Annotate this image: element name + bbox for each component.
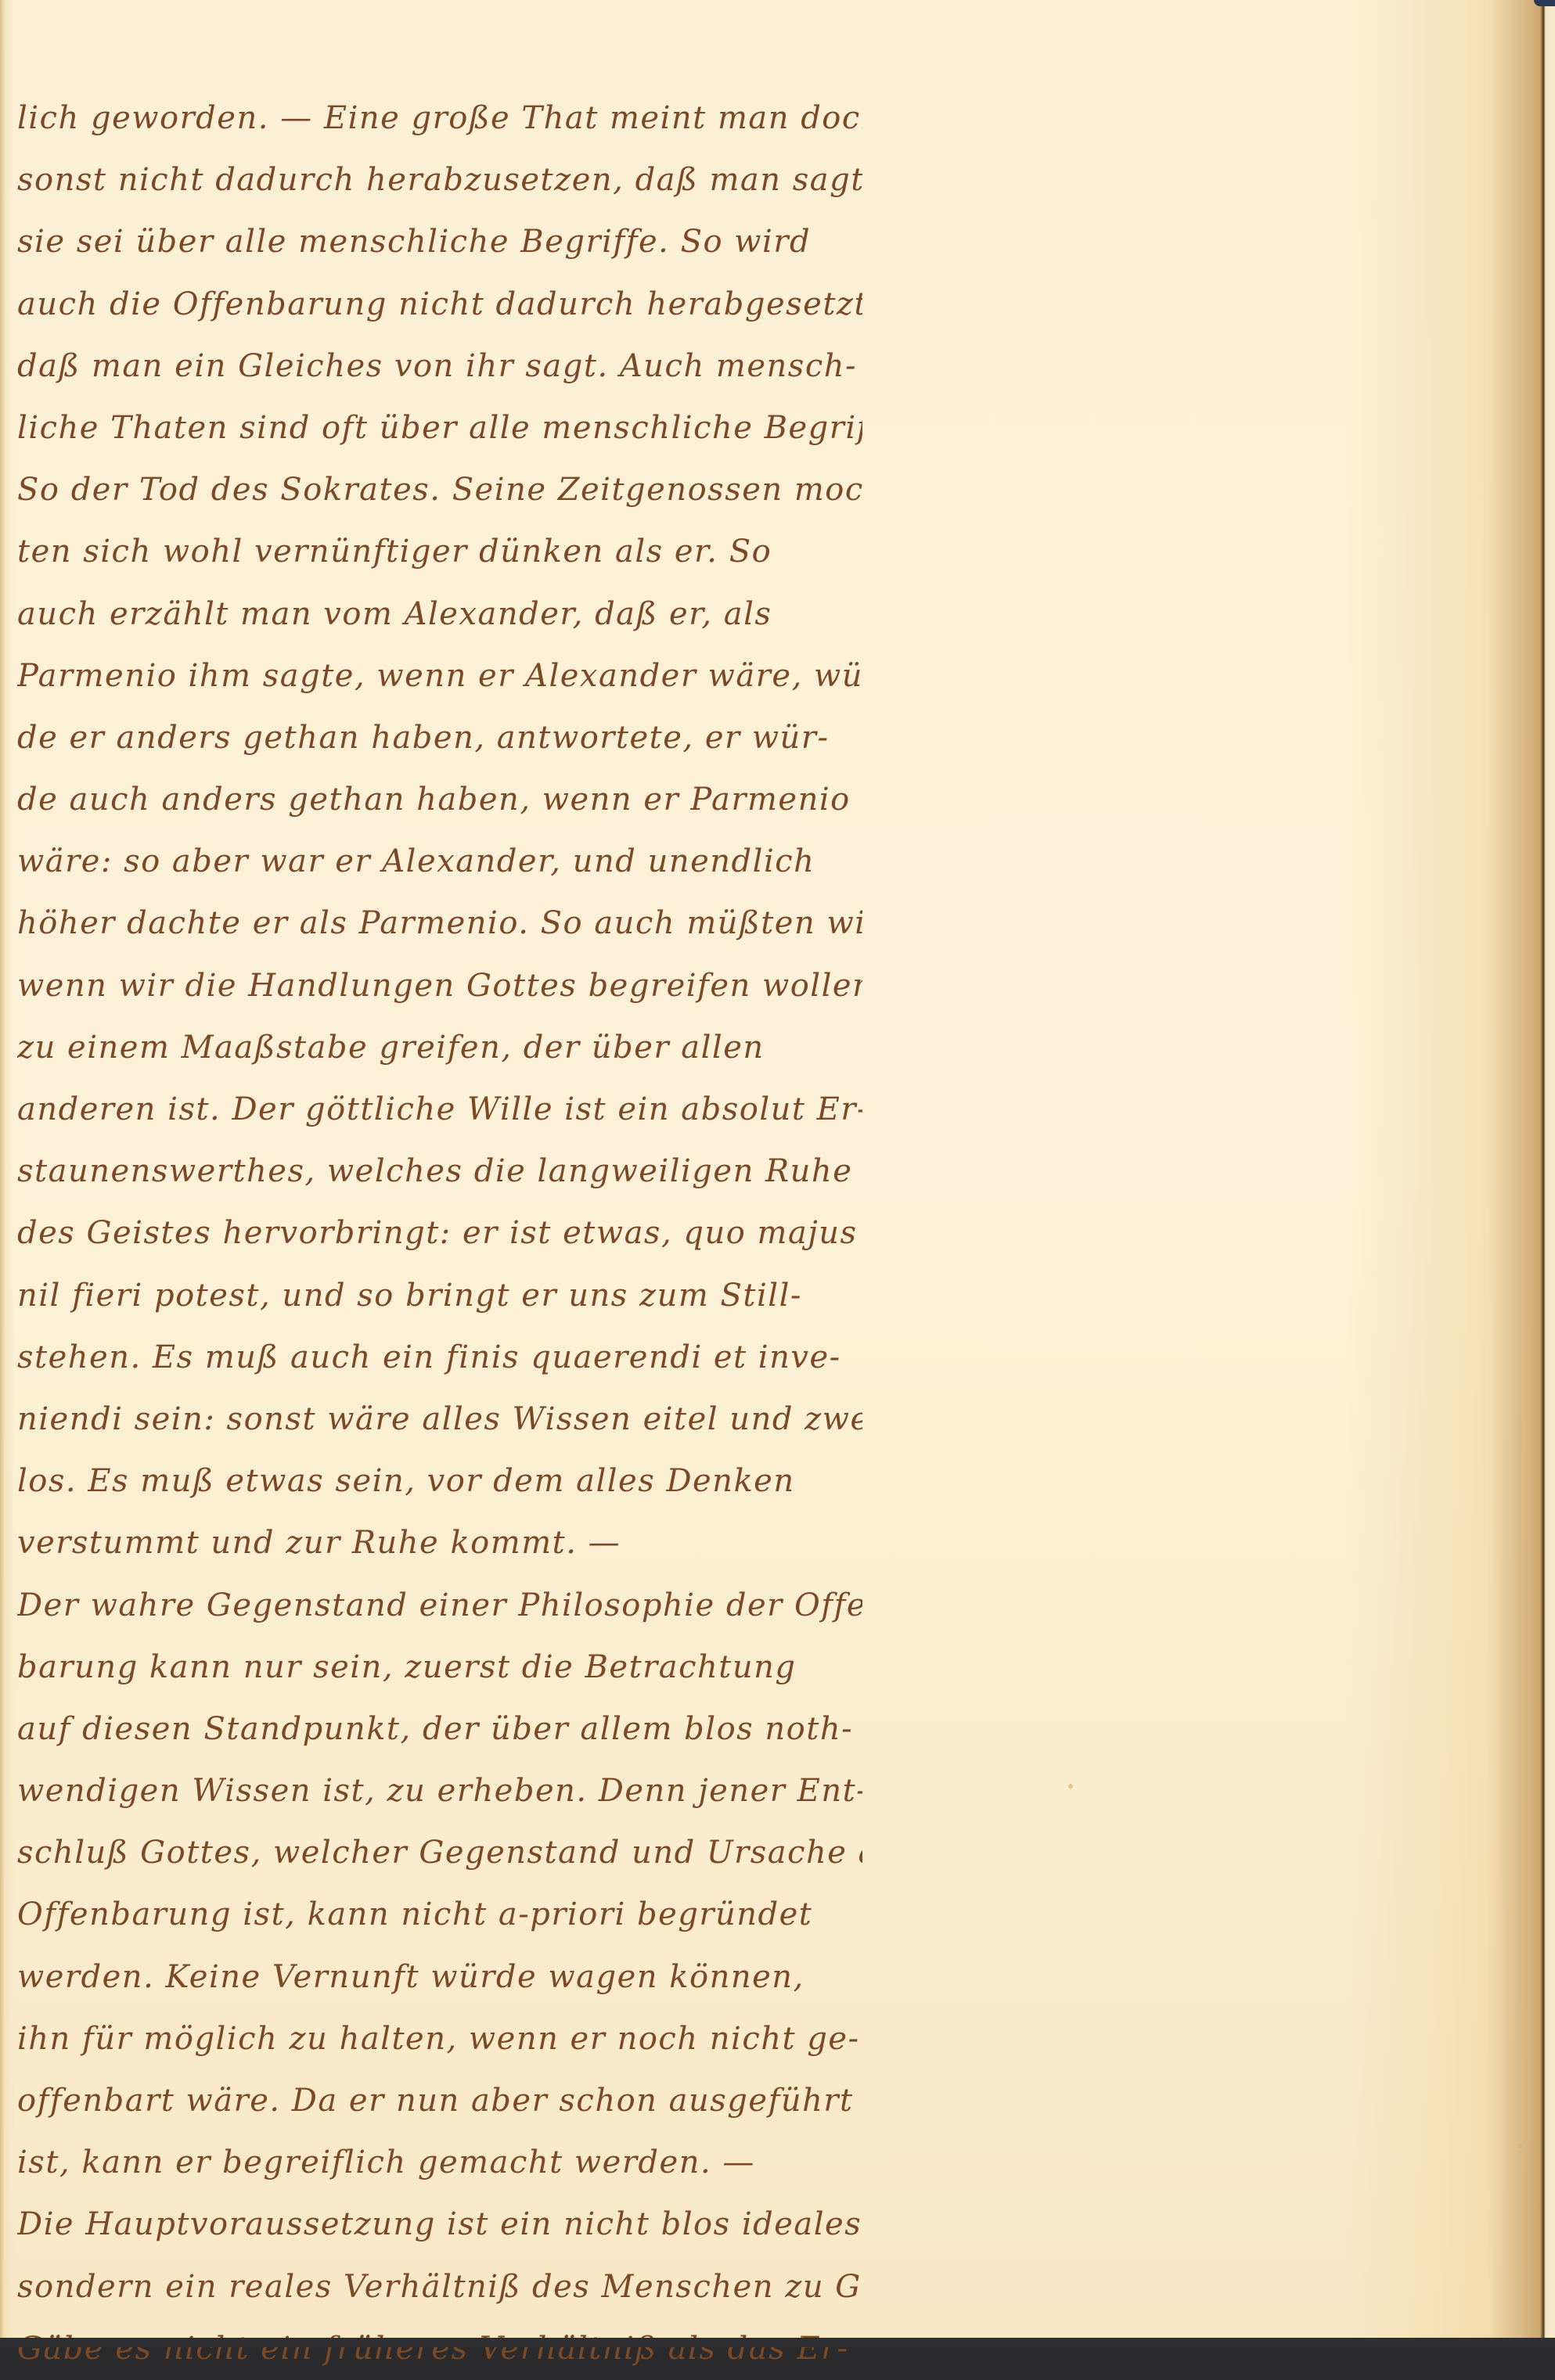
text-line: Offenbarung ist, kann nicht a-priori beg…: [17, 1884, 862, 1946]
text-line: ist, kann er begreiflich gemacht werden.…: [17, 2132, 862, 2194]
text-line: stehen. Es muß auch ein finis quaerendi …: [17, 1327, 862, 1389]
text-line: staunenswerthes, welches die langweilige…: [17, 1141, 862, 1203]
text-line: Parmenio ihm sagte, wenn er Alexander wä…: [17, 645, 862, 707]
text-line: ihn für möglich zu halten, wenn er noch …: [17, 2008, 862, 2070]
text-line: barung kann nur sein, zuerst die Betrach…: [17, 1637, 862, 1699]
handwritten-text-block: lich geworden. — Eine große That meint m…: [17, 88, 862, 2347]
text-line: anderen ist. Der göttliche Wille ist ein…: [17, 1079, 862, 1141]
text-line: liche Thaten sind oft über alle menschli…: [17, 397, 862, 459]
text-line: de er anders gethan haben, antwortete, e…: [17, 707, 862, 769]
text-line: niendi sein: sonst wäre alles Wissen eit…: [17, 1389, 862, 1451]
text-line: wenn wir die Handlungen Gottes begreifen…: [17, 955, 862, 1017]
text-line: Die Hauptvoraussetzung ist ein nicht blo…: [17, 2194, 862, 2256]
text-line: nil fieri potest, und so bringt er uns z…: [17, 1265, 862, 1327]
text-line: des Geistes hervorbringt: er ist etwas, …: [17, 1203, 862, 1264]
scan-background-band: [0, 2338, 1555, 2347]
text-line: werden. Keine Vernunft würde wagen könne…: [17, 1947, 862, 2008]
text-line: verstummt und zur Ruhe kommt. —: [17, 1512, 862, 1574]
next-page-edge: [1543, 0, 1555, 2338]
text-line: ten sich wohl vernünftiger dünken als er…: [17, 521, 862, 583]
text-line: offenbart wäre. Da er nun aber schon aus…: [17, 2070, 862, 2132]
text-line: höher dachte er als Parmenio. So auch mü…: [17, 893, 862, 955]
manuscript-page: lich geworden. — Eine große That meint m…: [0, 0, 1543, 2338]
text-line: de auch anders gethan haben, wenn er Par…: [17, 769, 862, 831]
text-line: sonst nicht dadurch herabzusetzen, daß m…: [17, 149, 862, 211]
text-line: auch erzählt man vom Alexander, daß er, …: [17, 584, 862, 645]
paper-stain: [1518, 2144, 1523, 2148]
text-line: wäre: so aber war er Alexander, und unen…: [17, 831, 862, 893]
text-line: zu einem Maaßstabe greifen, der über all…: [17, 1017, 862, 1079]
text-line: sondern ein reales Verhältniß des Mensch…: [17, 2256, 862, 2318]
text-line: auf diesen Standpunkt, der über allem bl…: [17, 1699, 862, 1760]
page-left-edge: [0, 0, 5, 2338]
text-line: wendigen Wissen ist, zu erheben. Denn je…: [17, 1760, 862, 1822]
paper-stain: [1068, 1784, 1073, 1789]
text-line: los. Es muß etwas sein, vor dem alles De…: [17, 1451, 862, 1512]
text-line: lich geworden. — Eine große That meint m…: [17, 88, 862, 149]
text-line: daß man ein Gleiches von ihr sagt. Auch …: [17, 336, 862, 397]
text-line: Der wahre Gegenstand einer Philosophie d…: [17, 1575, 862, 1637]
text-line: schluß Gottes, welcher Gegenstand und Ur…: [17, 1822, 862, 1884]
text-line: sie sei über alle menschliche Begriffe. …: [17, 211, 862, 273]
text-line: So der Tod des Sokrates. Seine Zeitgenos…: [17, 459, 862, 521]
text-line: auch die Offenbarung nicht dadurch herab…: [17, 274, 862, 336]
book-cover-corner: [1534, 0, 1555, 6]
